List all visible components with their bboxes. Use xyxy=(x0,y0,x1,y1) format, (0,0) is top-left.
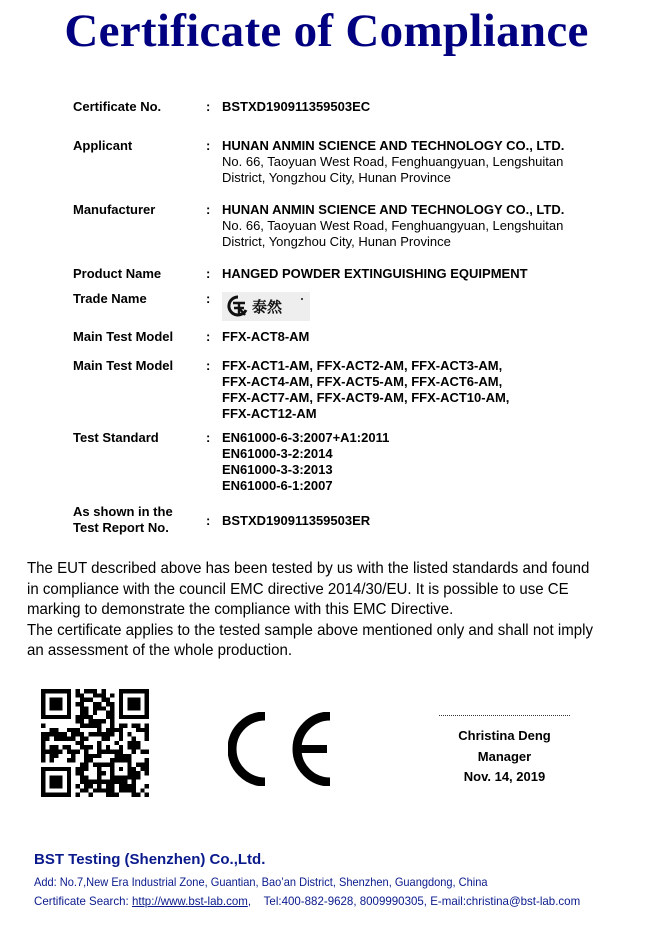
svg-text:泰然: 泰然 xyxy=(252,298,283,316)
field-label: Trade Name xyxy=(73,291,203,307)
statement-line: in compliance with the council EMC direc… xyxy=(27,580,600,601)
compliance-statement: The EUT described above has been tested … xyxy=(27,559,600,662)
issuer-company: BST Testing (Shenzhen) Co.,Ltd. xyxy=(34,851,634,868)
tr-logo-icon: 泰然 xyxy=(226,294,306,318)
model-line: FFX-ACT1-AM, FFX-ACT2-AM, FFX-ACT3-AM, xyxy=(222,358,622,374)
document-title: Certificate of Compliance xyxy=(0,4,653,58)
search-label: Certificate Search: xyxy=(34,894,129,908)
field-label: Test Standard xyxy=(73,430,203,446)
manufacturer-name: HUNAN ANMIN SCIENCE AND TECHNOLOGY CO., … xyxy=(222,202,622,218)
field-label: Certificate No. xyxy=(73,99,203,115)
signature-date: Nov. 14, 2019 xyxy=(437,767,572,788)
standard-line: EN61000-6-1:2007 xyxy=(222,478,622,494)
standard-line: EN61000-3-2:2014 xyxy=(222,446,622,462)
field-colon: : xyxy=(206,202,210,218)
field-colon: : xyxy=(206,430,210,446)
signatory-name: Christina Deng xyxy=(437,726,572,747)
standard-line: EN61000-6-3:2007+A1:2011 xyxy=(222,430,622,446)
manufacturer-address-line: No. 66, Taoyuan West Road, Fenghuangyuan… xyxy=(222,218,622,234)
applicant-address-line: District, Yongzhou City, Hunan Province xyxy=(222,170,622,186)
product-name: HANGED POWDER EXTINGUISHING EQUIPMENT xyxy=(222,266,622,282)
field-colon: : xyxy=(206,99,210,115)
issuer-contact: Certificate Search: http://www.bst-lab.c… xyxy=(34,894,610,908)
field-label: Main Test Model xyxy=(73,358,203,374)
standard-line: EN61000-3-3:2013 xyxy=(222,462,622,478)
signature-block: Christina Deng Manager Nov. 14, 2019 xyxy=(437,715,572,788)
field-label: Manufacturer xyxy=(73,202,203,218)
field-label: Test Report No. xyxy=(73,520,203,536)
manufacturer-address-line: District, Yongzhou City, Hunan Province xyxy=(222,234,622,250)
field-label: Main Test Model xyxy=(73,329,203,345)
trade-name-logo: 泰然 xyxy=(222,292,310,321)
signatory-role: Manager xyxy=(437,747,572,768)
contact-info: , Tel:400-882-9628, 8009990305, E-mail:c… xyxy=(248,894,580,908)
certificate-number: BSTXD190911359503EC xyxy=(222,99,622,115)
statement-line: an assessment of the whole production. xyxy=(27,641,600,662)
statement-line: The certificate applies to the tested sa… xyxy=(27,621,600,642)
field-label: Applicant xyxy=(73,138,203,154)
field-label: As shown in the xyxy=(73,504,203,520)
field-colon: : xyxy=(206,138,210,154)
main-test-model: FFX-ACT8-AM xyxy=(222,329,622,345)
statement-line: marking to demonstrate the compliance wi… xyxy=(27,600,600,621)
field-colon: : xyxy=(206,358,210,374)
certificate-search-link[interactable]: http://www.bst-lab.com xyxy=(132,894,248,908)
model-line: FFX-ACT7-AM, FFX-ACT9-AM, FFX-ACT10-AM, xyxy=(222,390,622,406)
applicant-address-line: No. 66, Taoyuan West Road, Fenghuangyuan… xyxy=(222,154,622,170)
model-line: FFX-ACT4-AM, FFX-ACT5-AM, FFX-ACT6-AM, xyxy=(222,374,622,390)
field-label: Product Name xyxy=(73,266,203,282)
qr-code-icon xyxy=(41,689,149,797)
issuer-address: Add: No.7,New Era Industrial Zone, Guant… xyxy=(34,875,586,889)
field-colon: : xyxy=(206,266,210,282)
field-colon: : xyxy=(206,291,210,307)
issuer-footer: BST Testing (Shenzhen) Co.,Ltd. Add: No.… xyxy=(34,851,634,908)
field-colon: : xyxy=(206,329,210,345)
applicant-name: HUNAN ANMIN SCIENCE AND TECHNOLOGY CO., … xyxy=(222,138,622,154)
signature-line xyxy=(439,715,570,716)
statement-line: The EUT described above has been tested … xyxy=(27,559,600,580)
model-line: FFX-ACT12-AM xyxy=(222,406,622,422)
ce-mark-icon xyxy=(228,712,332,786)
test-report-number: BSTXD190911359503ER xyxy=(222,513,622,529)
field-colon: : xyxy=(206,513,210,529)
